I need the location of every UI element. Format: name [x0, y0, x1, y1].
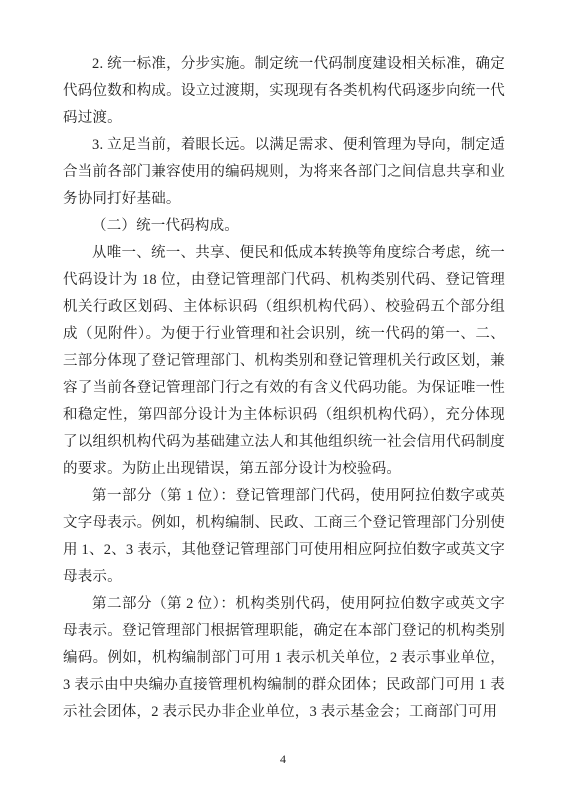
page-footer: 4	[0, 750, 566, 768]
section-heading-code-composition: （二）统一代码构成。	[63, 213, 505, 240]
document-page: 2. 统一标准，分步实施。制定统一代码制度建设相关标准，确定代码位数和构成。设立…	[0, 0, 566, 792]
document-body: 2. 统一标准，分步实施。制定统一代码制度建设相关标准，确定代码位数和构成。设立…	[63, 51, 505, 726]
paragraph-unify-standards: 2. 统一标准，分步实施。制定统一代码制度建设相关标准，确定代码位数和构成。设立…	[63, 51, 505, 132]
page-number: 4	[280, 752, 286, 766]
paragraph-code-design-overview: 从唯一、统一、共享、便民和低成本转换等角度综合考虑，统一代码设计为 18 位，由…	[63, 240, 505, 483]
paragraph-part-one: 第一部分（第 1 位）：登记管理部门代码，使用阿拉伯数字或英文字母表示。例如，机…	[63, 483, 505, 591]
paragraph-part-two: 第二部分（第 2 位）：机构类别代码，使用阿拉伯数字或英文字母表示。登记管理部门…	[63, 591, 505, 726]
paragraph-present-and-future: 3. 立足当前，着眼长远。以满足需求、便利管理为导向，制定适合当前各部门兼容使用…	[63, 132, 505, 213]
